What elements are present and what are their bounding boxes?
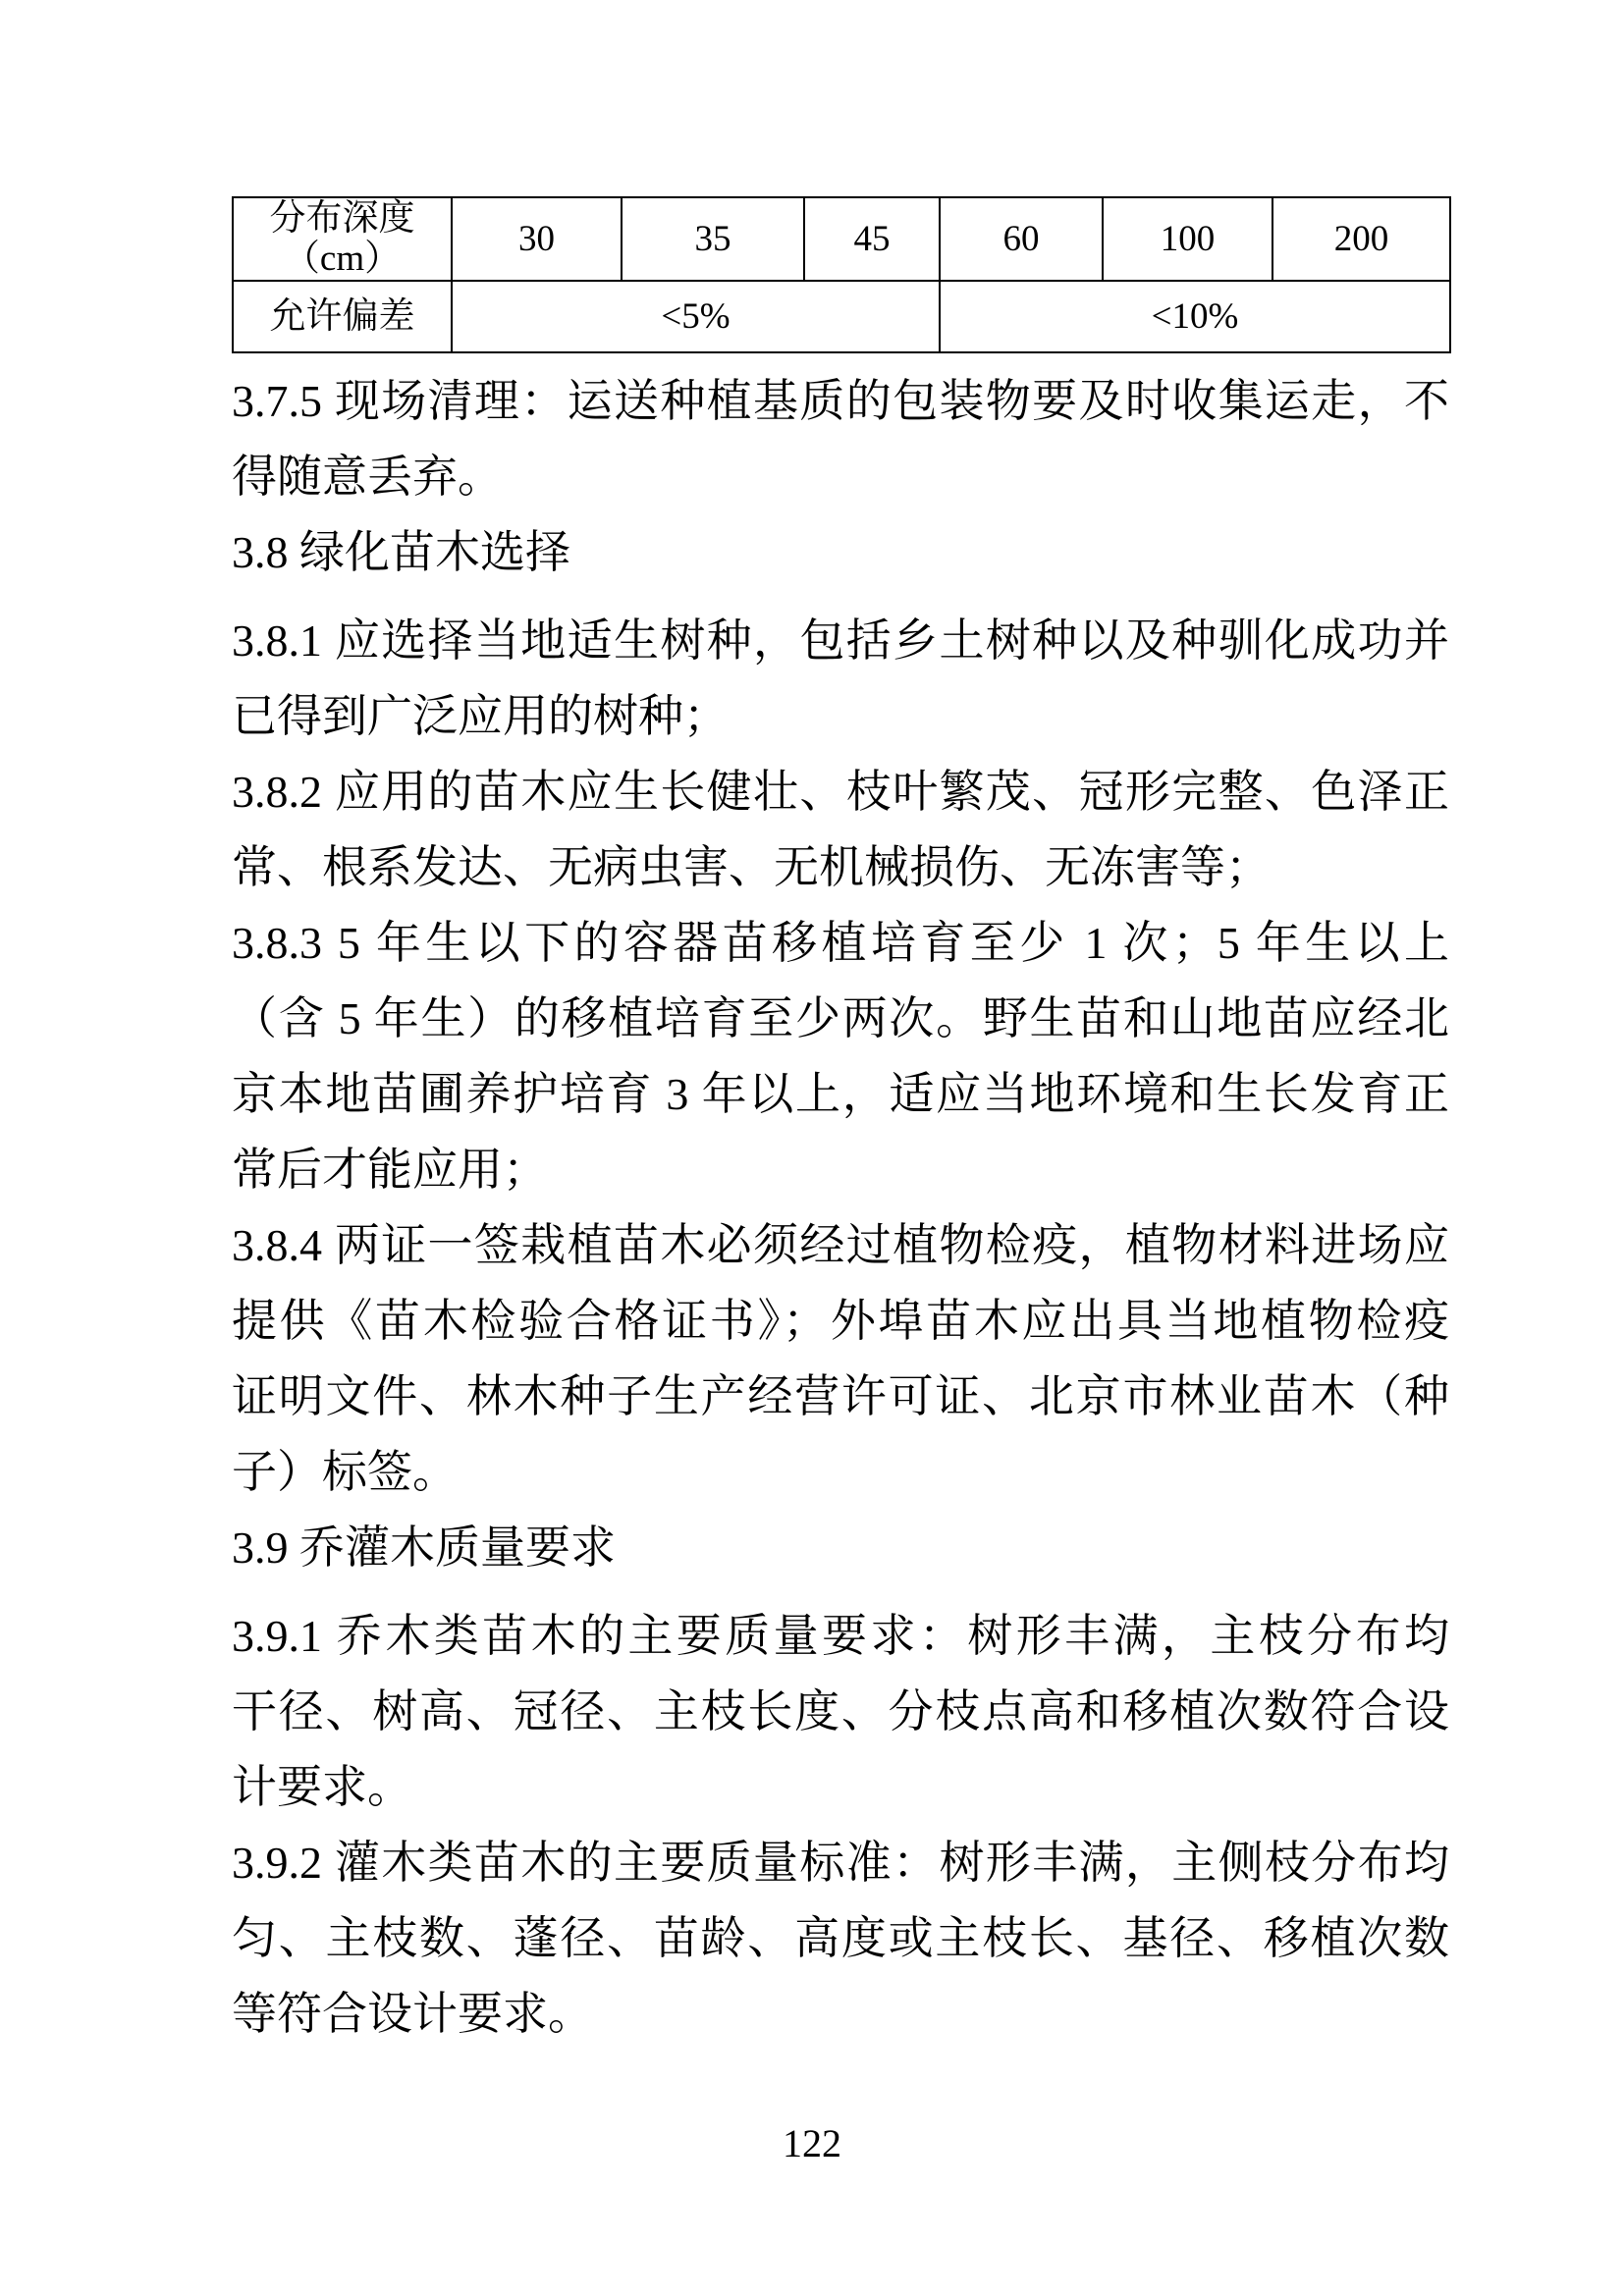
depth-header-line1: 分布深度 [234, 198, 451, 239]
paragraph-line: 得随意丢弃。 [232, 439, 1449, 514]
tolerance-large-cell: <10% [940, 281, 1450, 352]
page-number: 122 [0, 2120, 1624, 2166]
paragraph-line: 3.9.1 乔木类苗木的主要质量要求：树形丰满，主枝分布均匀， [232, 1598, 1449, 1674]
distribution-depth-tolerance-table: 分布深度 （cm） 30 35 45 60 100 200 允许偏差 <5% <… [232, 196, 1451, 353]
paragraph-line: 3.7.5 现场清理：运送种植基质的包装物要及时收集运走，不 [232, 363, 1449, 439]
paragraph-line: 3.9.2 灌木类苗木的主要质量标准：树形丰满，主侧枝分布均 [232, 1825, 1449, 1900]
tolerance-small-cell: <5% [452, 281, 940, 352]
depth-value-cell: 45 [804, 197, 940, 281]
paragraph-line: 3.8.4 两证一签栽植苗木必须经过植物检疫，植物材料进场应 [232, 1207, 1449, 1283]
depth-value-cell: 60 [940, 197, 1103, 281]
document-page: 分布深度 （cm） 30 35 45 60 100 200 允许偏差 <5% <… [0, 0, 1624, 2296]
paragraph-line: 常后才能应用； [232, 1132, 1449, 1207]
depth-value-cell: 200 [1272, 197, 1450, 281]
paragraph-line: 已得到广泛应用的树种； [232, 678, 1449, 754]
tolerance-header-cell: 允许偏差 [233, 281, 452, 352]
paragraph-line: 常、根系发达、无病虫害、无机械损伤、无冻害等； [232, 829, 1449, 905]
section-heading: 3.9 乔灌木质量要求 [232, 1510, 1449, 1585]
depth-header-line2: （cm） [234, 239, 451, 279]
paragraph-line: 证明文件、林木种子生产经营许可证、北京市林业苗木（种 [232, 1359, 1449, 1434]
paragraph-line: 干径、树高、冠径、主枝长度、分枝点高和移植次数符合设 [232, 1674, 1449, 1749]
paragraph-line: 3.8.3 5 年生以下的容器苗移植培育至少 1 次；5 年生以上 [232, 905, 1449, 981]
depth-value-cell: 35 [622, 197, 804, 281]
page-content: 分布深度 （cm） 30 35 45 60 100 200 允许偏差 <5% <… [232, 196, 1449, 2052]
section-heading: 3.8 绿化苗木选择 [232, 514, 1449, 590]
paragraph-line: 3.8.2 应用的苗木应生长健壮、枝叶繁茂、冠形完整、色泽正 [232, 754, 1449, 829]
paragraph-line: 子）标签。 [232, 1434, 1449, 1510]
depth-header-cell: 分布深度 （cm） [233, 197, 452, 281]
paragraph-line: 等符合设计要求。 [232, 1976, 1449, 2052]
paragraph-line: 京本地苗圃养护培育 3 年以上，适应当地环境和生长发育正 [232, 1056, 1449, 1132]
paragraph-line: （含 5 年生）的移植培育至少两次。野生苗和山地苗应经北 [232, 981, 1449, 1056]
table-row-tolerance: 允许偏差 <5% <10% [233, 281, 1450, 352]
paragraph-line: 计要求。 [232, 1749, 1449, 1825]
table-row-depth: 分布深度 （cm） 30 35 45 60 100 200 [233, 197, 1450, 281]
document-body: 3.7.5 现场清理：运送种植基质的包装物要及时收集运走，不得随意丢弃。3.8 … [232, 363, 1449, 2052]
depth-value-cell: 100 [1103, 197, 1272, 281]
depth-value-cell: 30 [452, 197, 622, 281]
paragraph-line: 3.8.1 应选择当地适生树种，包括乡土树种以及种驯化成功并 [232, 603, 1449, 678]
paragraph-line: 提供《苗木检验合格证书》；外埠苗木应出具当地植物检疫 [232, 1283, 1449, 1359]
paragraph-line: 匀、主枝数、蓬径、苗龄、高度或主枝长、基径、移植次数 [232, 1900, 1449, 1976]
